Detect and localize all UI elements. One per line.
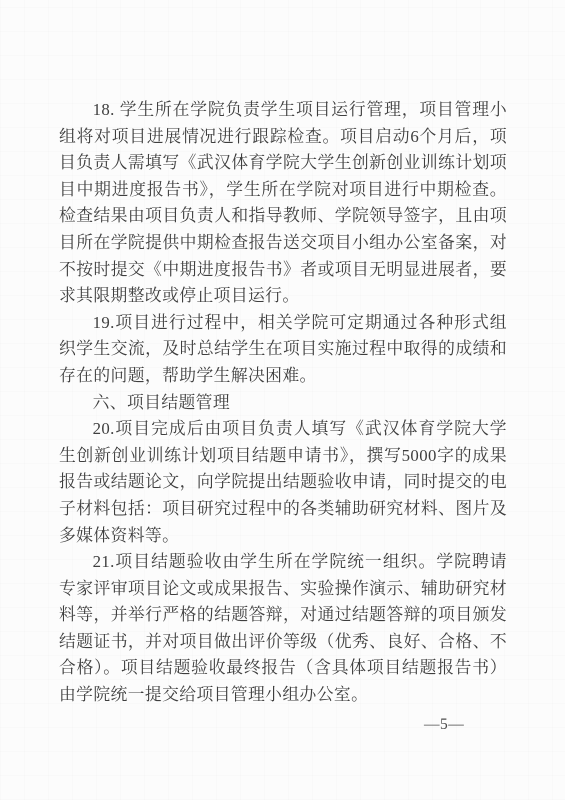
page-number: —5— bbox=[424, 714, 464, 736]
scanned-document-page: 18. 学生所在学院负责学生项目运行管理，项目管理小组将对项目进展情况进行跟踪检… bbox=[0, 0, 565, 800]
paragraph-19: 19.项目进行过程中，相关学院可定期通过各种形式组织学生交流，及时总结学生在项目… bbox=[59, 310, 507, 390]
paragraph-20: 20.项目完成后由项目负责人填写《武汉体育学院大学生创新创业训练计划项目结题申请… bbox=[59, 416, 507, 549]
section-heading-project-conclusion: 六、项目结题管理 bbox=[59, 390, 507, 417]
document-body: 18. 学生所在学院负责学生项目运行管理，项目管理小组将对项目进展情况进行跟踪检… bbox=[59, 97, 507, 709]
paragraph-18: 18. 学生所在学院负责学生项目运行管理，项目管理小组将对项目进展情况进行跟踪检… bbox=[59, 97, 507, 310]
paragraph-21: 21.项目结题验收由学生所在学院统一组织。学院聘请专家评审项目论文或成果报告、实… bbox=[59, 549, 507, 709]
